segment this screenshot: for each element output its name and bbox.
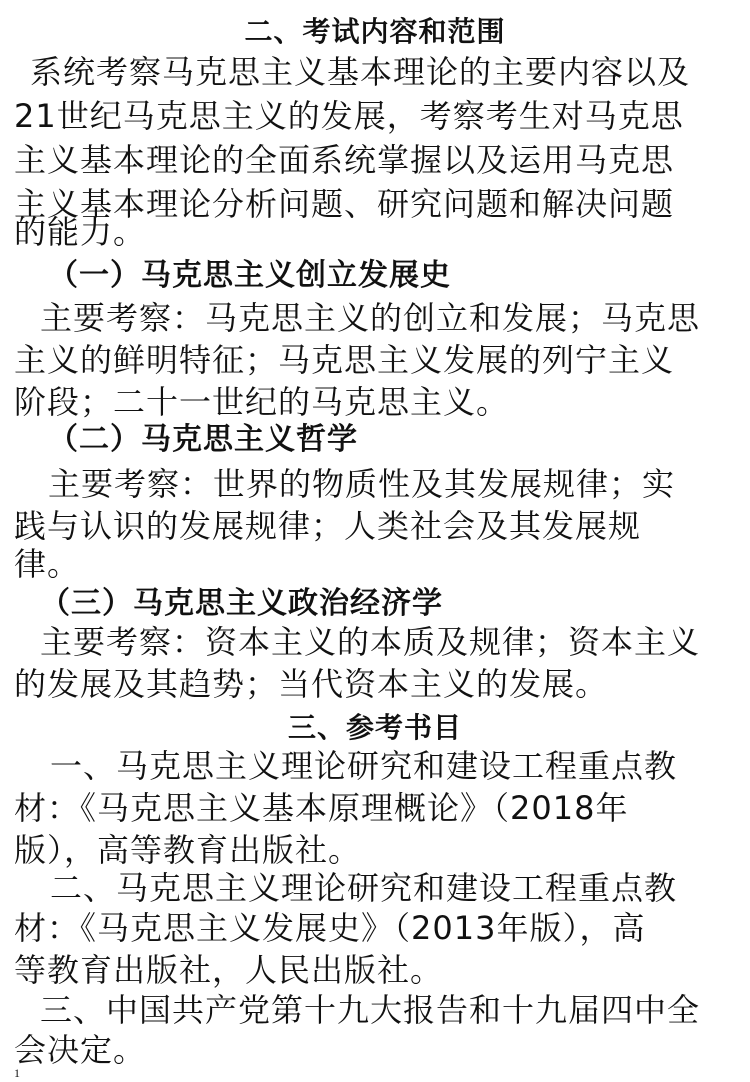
page-number: 1 xyxy=(14,1066,20,1080)
reference-2-line-3: 等教育出版社，人民出版社。 xyxy=(14,948,736,992)
subsection-heading-philosophy: （二）马克思主义哲学 xyxy=(48,418,750,462)
intro-line-5: 的能力。 xyxy=(14,210,736,254)
philosophy-line-1: 主要考察：世界的物质性及其发展规律；实 xyxy=(48,462,750,506)
history-line-1: 主要考察：马克思主义的创立和发展；马克思 xyxy=(40,296,750,340)
intro-line-1: 系统考察马克思主义基本理论的主要内容以及 xyxy=(30,50,750,94)
reference-2-line-1: 二、马克思主义理论研究和建设工程重点教 xyxy=(50,866,750,910)
political-economy-line-2: 的发展及其趋势；当代资本主义的发展。 xyxy=(14,662,736,706)
subsection-heading-history: （一）马克思主义创立发展史 xyxy=(48,254,750,298)
section-title-exam-content: 二、考试内容和范围 xyxy=(0,10,750,54)
history-line-2: 主义的鲜明特征；马克思主义发展的列宁主义 xyxy=(14,338,736,382)
political-economy-line-1: 主要考察：资本主义的本质及规律；资本主义 xyxy=(40,620,750,664)
reference-3-line-1: 三、中国共产党第十九大报告和十九届四中全 xyxy=(40,988,750,1032)
reference-1-line-2: 材：《马克思主义基本原理概论》（2018年 xyxy=(14,786,736,830)
reference-2-line-2: 材：《马克思主义发展史》（2013年版），高 xyxy=(14,906,736,950)
intro-line-2: 21世纪马克思主义的发展，考察考生对马克思 xyxy=(14,94,736,138)
philosophy-line-3: 律。 xyxy=(14,542,736,586)
document-page: 二、考试内容和范围 系统考察马克思主义基本理论的主要内容以及 21世纪马克思主义… xyxy=(0,0,750,1082)
reference-1-line-1: 一、马克思主义理论研究和建设工程重点教 xyxy=(50,744,750,788)
reference-3-line-2: 会决定。 xyxy=(14,1028,736,1072)
intro-line-3: 主义基本理论的全面系统掌握以及运用马克思 xyxy=(14,138,736,182)
